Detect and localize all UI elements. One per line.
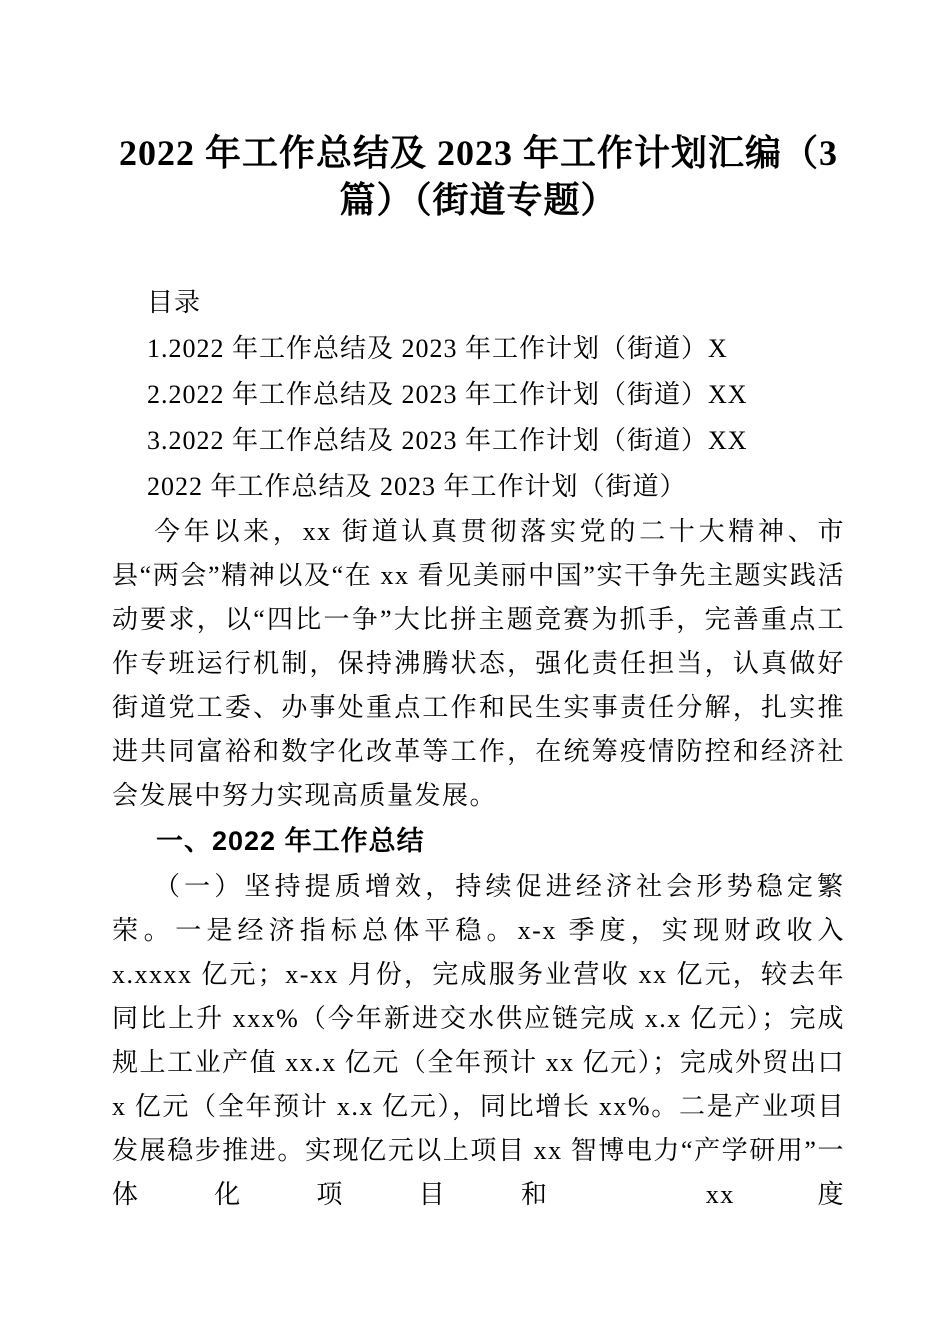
section-heading-2022-work-summary: 一、2022 年工作总结 xyxy=(112,818,845,865)
subsection-body: 一是经济指标总体平稳。x-x 季度，实现财政收入 x.xxxx 亿元；x-xx … xyxy=(112,916,845,1209)
toc-item-1: 1.2022 年工作总结及 2023 年工作计划（街道）X xyxy=(112,326,845,372)
toc-item-2: 2.2022 年工作总结及 2023 年工作计划（街道）XX xyxy=(112,372,845,418)
toc-heading: 目录 xyxy=(112,280,845,326)
toc-item-3: 3.2022 年工作总结及 2023 年工作计划（街道）XX xyxy=(112,418,845,464)
document-page: 2022 年工作总结及 2023 年工作计划汇编（3 篇）（街道专题） 目录 1… xyxy=(0,0,950,1344)
table-of-contents: 目录 1.2022 年工作总结及 2023 年工作计划（街道）X 2.2022 … xyxy=(112,280,845,510)
article-title: 2022 年工作总结及 2023 年工作计划（街道） xyxy=(112,464,845,510)
document-title-line-2: 篇）（街道专题） xyxy=(112,177,845,224)
subsection-paragraph: （一）坚持提质增效，持续促进经济社会形势稳定繁荣。一是经济指标总体平稳。x-x … xyxy=(112,865,845,1217)
intro-paragraph: 今年以来，xx 街道认真贯彻落实党的二十大精神、市县“两会”精神以及“在 xx … xyxy=(112,510,845,818)
document-title-line-1: 2022 年工作总结及 2023 年工作计划汇编（3 xyxy=(112,130,845,177)
document-title: 2022 年工作总结及 2023 年工作计划汇编（3 篇）（街道专题） xyxy=(112,130,845,224)
